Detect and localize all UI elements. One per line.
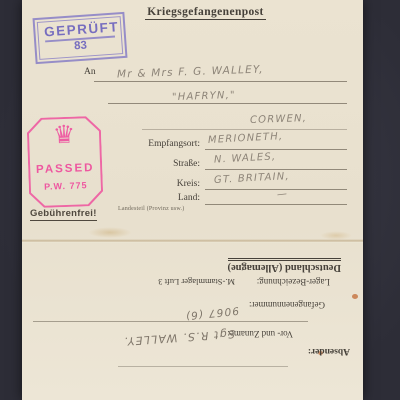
handwritten-sender-name: Sgt R.S. WALLEY.	[123, 327, 236, 348]
handwritten-house-name: "HAFRYN,"	[172, 90, 236, 103]
sender-label: Absender:	[308, 346, 350, 356]
field-rule-strasse	[205, 169, 347, 170]
paper-stain	[320, 231, 352, 240]
pow-letter-document: Kriegsgefangenenpost GEPRÜFT 83 ♛ PASSED…	[22, 0, 363, 400]
photo-background: Kriegsgefangenenpost GEPRÜFT 83 ♛ PASSED…	[0, 0, 400, 400]
handwritten-region: N. WALES,	[214, 151, 277, 165]
camp-designation-label: Lager-Bezeichnung:	[257, 277, 330, 287]
censor-stamp-border: GEPRÜFT 83	[37, 16, 123, 60]
sender-name-label: Vor- und Zuname:	[227, 329, 293, 339]
sender-panel-inverted: Absender: Vor- und Zuname: Sgt R.S. WALL…	[22, 243, 363, 400]
censor-stamp-number: 83	[74, 39, 88, 54]
field-rule-empfangsort	[205, 149, 347, 150]
document-title-text: Kriegsgefangenenpost	[145, 6, 266, 20]
field-label-kreis: Kreis:	[177, 179, 200, 189]
sender-name-rule	[33, 321, 308, 322]
country-label: Deutschland (Allemagne)	[228, 258, 341, 273]
field-label-empfangsort: Empfangsort:	[148, 139, 200, 149]
crown-icon: ♛	[27, 121, 102, 149]
free-postage-label: Gebührenfrei!	[30, 208, 97, 221]
handwritten-prisoner-number: 9067 (6)	[184, 304, 240, 322]
camp-designation-value: M.-Stammlager Luft 3	[158, 277, 235, 287]
prisoner-number-label: Gefangenennummer:	[249, 300, 325, 310]
handwritten-land-dash: —	[276, 188, 288, 200]
address-rule-3	[142, 129, 347, 130]
address-rule-2	[108, 103, 347, 104]
field-label-land: Land:	[178, 193, 200, 203]
sender-rule-top	[118, 366, 288, 367]
passed-stamp: ♛ PASSED P.W. 775	[26, 116, 103, 209]
land-footnote: Landesteil (Provinz usw.)	[118, 206, 184, 212]
handwritten-addressee: Mr & Mrs F. G. WALLEY,	[117, 63, 264, 80]
handwritten-town: CORWEN,	[250, 113, 307, 126]
address-rule-1	[94, 81, 347, 82]
to-label: An	[84, 67, 96, 77]
field-rule-land	[205, 204, 347, 205]
handwritten-country: GT. BRITAIN,	[214, 171, 290, 186]
censor-stamp: GEPRÜFT 83	[33, 12, 128, 64]
field-label-strasse: Straße:	[173, 159, 200, 169]
handwritten-county: MERIONETH,	[208, 131, 284, 146]
paper-stain	[88, 227, 132, 238]
